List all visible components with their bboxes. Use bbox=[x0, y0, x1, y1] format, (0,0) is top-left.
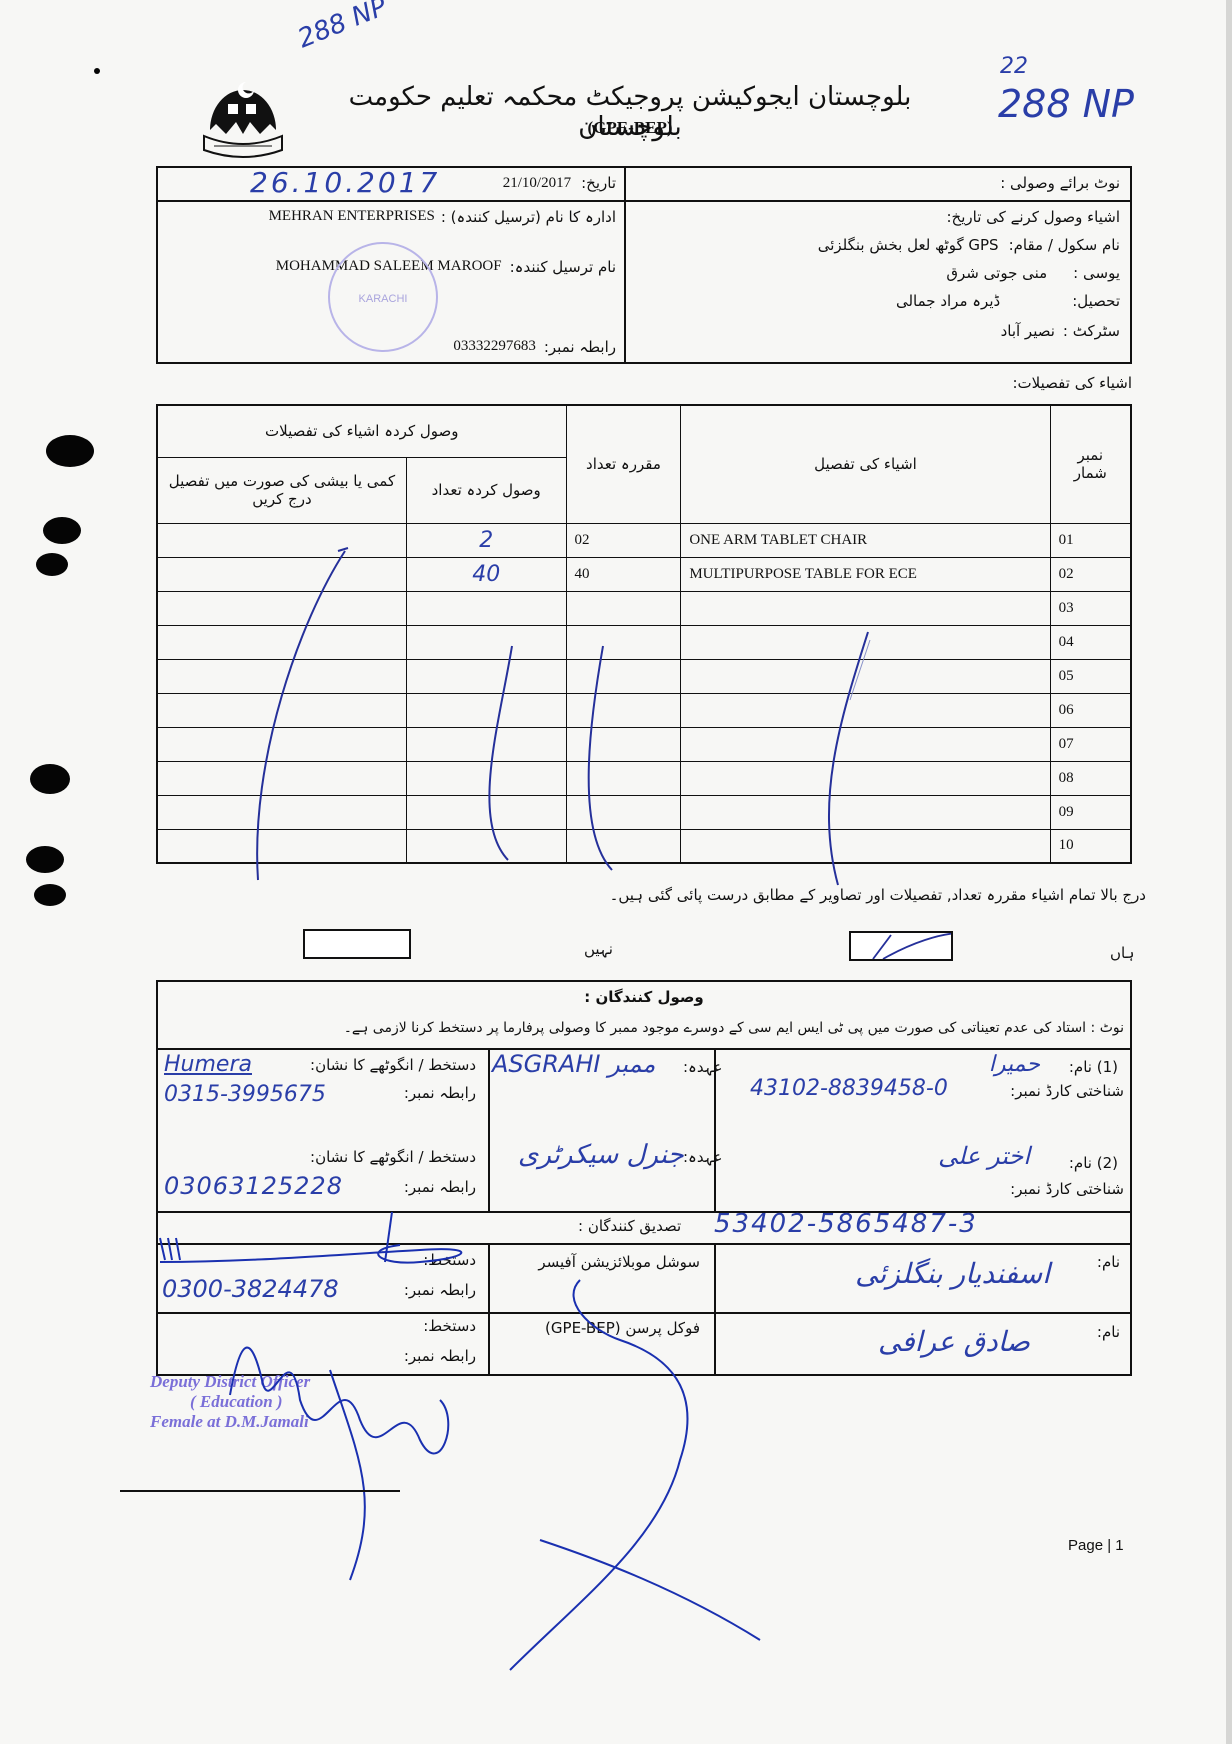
signature-line bbox=[120, 1490, 400, 1492]
page-number: Page | 1 bbox=[1068, 1537, 1124, 1554]
signature-scribbles bbox=[0, 0, 1232, 1744]
